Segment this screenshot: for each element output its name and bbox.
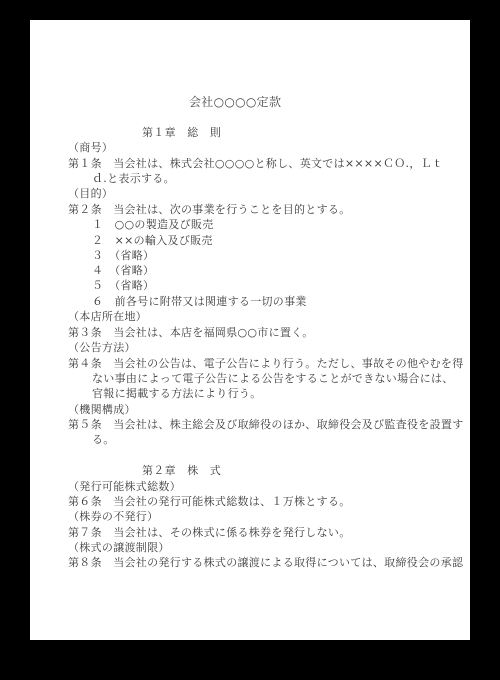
article-3-line-1: 第３条 当会社は、本店を福岡県○○市に置く。: [68, 326, 314, 340]
article-2-caption: （目的）: [68, 187, 113, 201]
article-5-line-1: 第５条 当会社は、株主総会及び取締役のほか、取締役会及び監査役を設置す: [68, 418, 464, 432]
document-title: 会社○○○○定款: [189, 95, 281, 109]
document-page: 会社○○○○定款 第１章 総 則 （商号） 第１条 当会社は、株式会社○○○○と…: [30, 20, 470, 640]
article-8-line-1: 第８条 当会社の発行する株式の譲渡による取得については、取締役会の承認: [68, 556, 463, 570]
article-3-caption: （本店所在地）: [68, 310, 147, 324]
article-2-item-1: １ ○○の製造及び販売: [92, 218, 214, 232]
article-7-caption: （株券の不発行）: [68, 510, 158, 524]
article-4-line-2: ない事由によって電子公告による公告をすることができない場合には、: [92, 372, 454, 386]
article-5-caption: （機関構成）: [68, 403, 136, 417]
article-6-line-1: 第６条 当会社の発行可能株式総数は、１万株とする。: [68, 495, 351, 509]
chapter-2-heading: 第２章 株 式: [142, 464, 221, 478]
article-8-caption: （株式の譲渡制限）: [68, 541, 170, 555]
article-2-item-3: ３ （省略）: [92, 249, 154, 263]
article-2-item-5: ５ （省略）: [92, 279, 154, 293]
article-2-item-6: ６ 前各号に附帯又は関連する一切の事業: [92, 295, 307, 309]
article-4-caption: （公告方法）: [68, 341, 136, 355]
article-2-line-1: 第２条 当会社は、次の事業を行うことを目的とする。: [68, 203, 351, 217]
article-5-line-2: る。: [92, 433, 115, 447]
article-2-item-4: ４ （省略）: [92, 264, 154, 278]
article-1-line-2: ｄ.と表示する。: [92, 172, 175, 186]
article-1-line-1: 第１条 当会社は、株式会社○○○○と称し、英文では××××ＣＯ.，Ｌｔ: [68, 157, 443, 171]
article-1-caption: （商号）: [68, 141, 113, 155]
article-7-line-1: 第７条 当会社は、その株式に係る株券を発行しない。: [68, 526, 351, 540]
chapter-1-heading: 第１章 総 則: [142, 126, 221, 140]
article-6-caption: （発行可能株式総数）: [68, 480, 181, 494]
article-2-item-2: ２ ××の輸入及び販売: [92, 234, 213, 248]
article-4-line-1: 第４条 当会社の公告は、電子公告により行う。ただし、事故その他やむを得: [68, 357, 464, 371]
article-4-line-3: 官報に掲載する方法により行う。: [92, 387, 262, 401]
